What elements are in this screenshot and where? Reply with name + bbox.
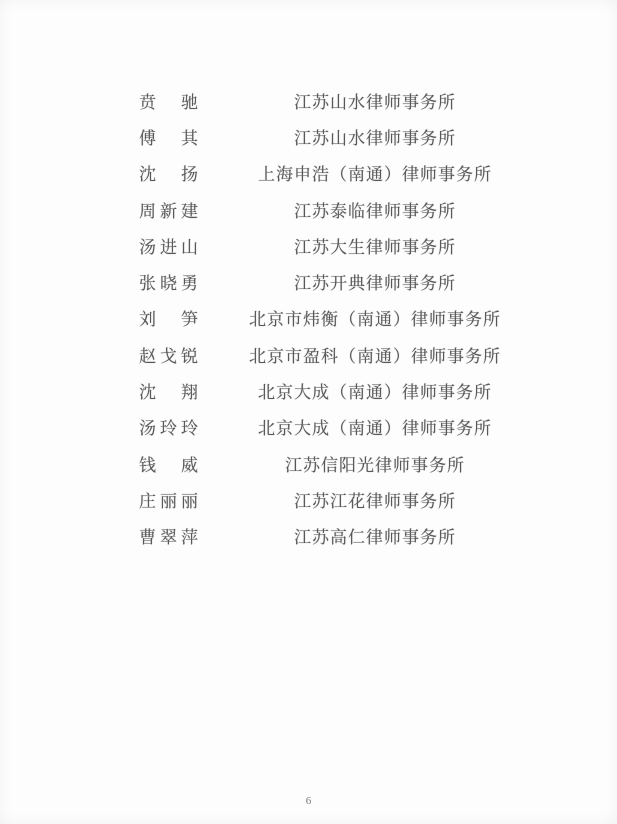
list-item: 庄丽丽 江苏江花律师事务所: [0, 481, 617, 517]
law-firm-name: 江苏山水律师事务所: [238, 88, 512, 113]
law-firm-name: 北京大成（南通）律师事务所: [238, 414, 512, 439]
lawyer-name: 钱 威: [139, 451, 202, 476]
list-item: 沈 扬 上海申浩（南通）律师事务所: [0, 155, 617, 191]
document-page: 贲 驰 江苏山水律师事务所 傅 其 江苏山水律师事务所 沈 扬 上海申浩（南通）…: [0, 0, 617, 824]
lawyer-name: 汤玲玲: [139, 414, 202, 439]
lawyer-name: 张晓勇: [139, 269, 202, 294]
lawyer-name: 傅 其: [139, 124, 202, 149]
lawyer-name: 庄丽丽: [139, 487, 202, 512]
list-item: 钱 威 江苏信阳光律师事务所: [0, 445, 617, 481]
list-item: 刘 笋 北京市炜衡（南通）律师事务所: [0, 300, 617, 336]
lawyer-name: 沈 扬: [139, 160, 202, 185]
law-firm-name: 江苏江花律师事务所: [238, 487, 512, 512]
lawyer-name: 赵戈锐: [139, 342, 202, 367]
list-item: 傅 其 江苏山水律师事务所: [0, 118, 617, 154]
list-item: 张晓勇 江苏开典律师事务所: [0, 263, 617, 299]
list-item: 赵戈锐 北京市盈科（南通）律师事务所: [0, 336, 617, 372]
lawyer-name: 贲 驰: [139, 88, 202, 113]
law-firm-name: 北京市盈科（南通）律师事务所: [238, 342, 512, 367]
list-item: 贲 驰 江苏山水律师事务所: [0, 82, 617, 118]
lawyer-name: 汤进山: [139, 233, 202, 258]
law-firm-name: 江苏大生律师事务所: [238, 233, 512, 258]
law-firm-name: 北京市炜衡（南通）律师事务所: [238, 305, 512, 330]
law-firm-name: 江苏山水律师事务所: [238, 124, 512, 149]
law-firm-name: 江苏信阳光律师事务所: [238, 451, 512, 476]
list-item: 曹翠萍 江苏高仁律师事务所: [0, 518, 617, 554]
list-item: 周新建 江苏泰临律师事务所: [0, 191, 617, 227]
law-firm-name: 北京大成（南通）律师事务所: [238, 378, 512, 403]
lawyer-name: 刘 笋: [139, 305, 202, 330]
law-firm-name: 江苏开典律师事务所: [238, 269, 512, 294]
law-firm-name: 上海申浩（南通）律师事务所: [238, 160, 512, 185]
lawyer-name: 周新建: [139, 197, 202, 222]
law-firm-name: 江苏泰临律师事务所: [238, 197, 512, 222]
list-item: 汤进山 江苏大生律师事务所: [0, 227, 617, 263]
list-item: 汤玲玲 北京大成（南通）律师事务所: [0, 409, 617, 445]
lawyer-roster-list: 贲 驰 江苏山水律师事务所 傅 其 江苏山水律师事务所 沈 扬 上海申浩（南通）…: [0, 82, 617, 554]
lawyer-name: 曹翠萍: [139, 523, 202, 548]
law-firm-name: 江苏高仁律师事务所: [238, 523, 512, 548]
list-item: 沈 翔 北京大成（南通）律师事务所: [0, 372, 617, 408]
page-number: 6: [0, 795, 617, 807]
lawyer-name: 沈 翔: [139, 378, 202, 403]
